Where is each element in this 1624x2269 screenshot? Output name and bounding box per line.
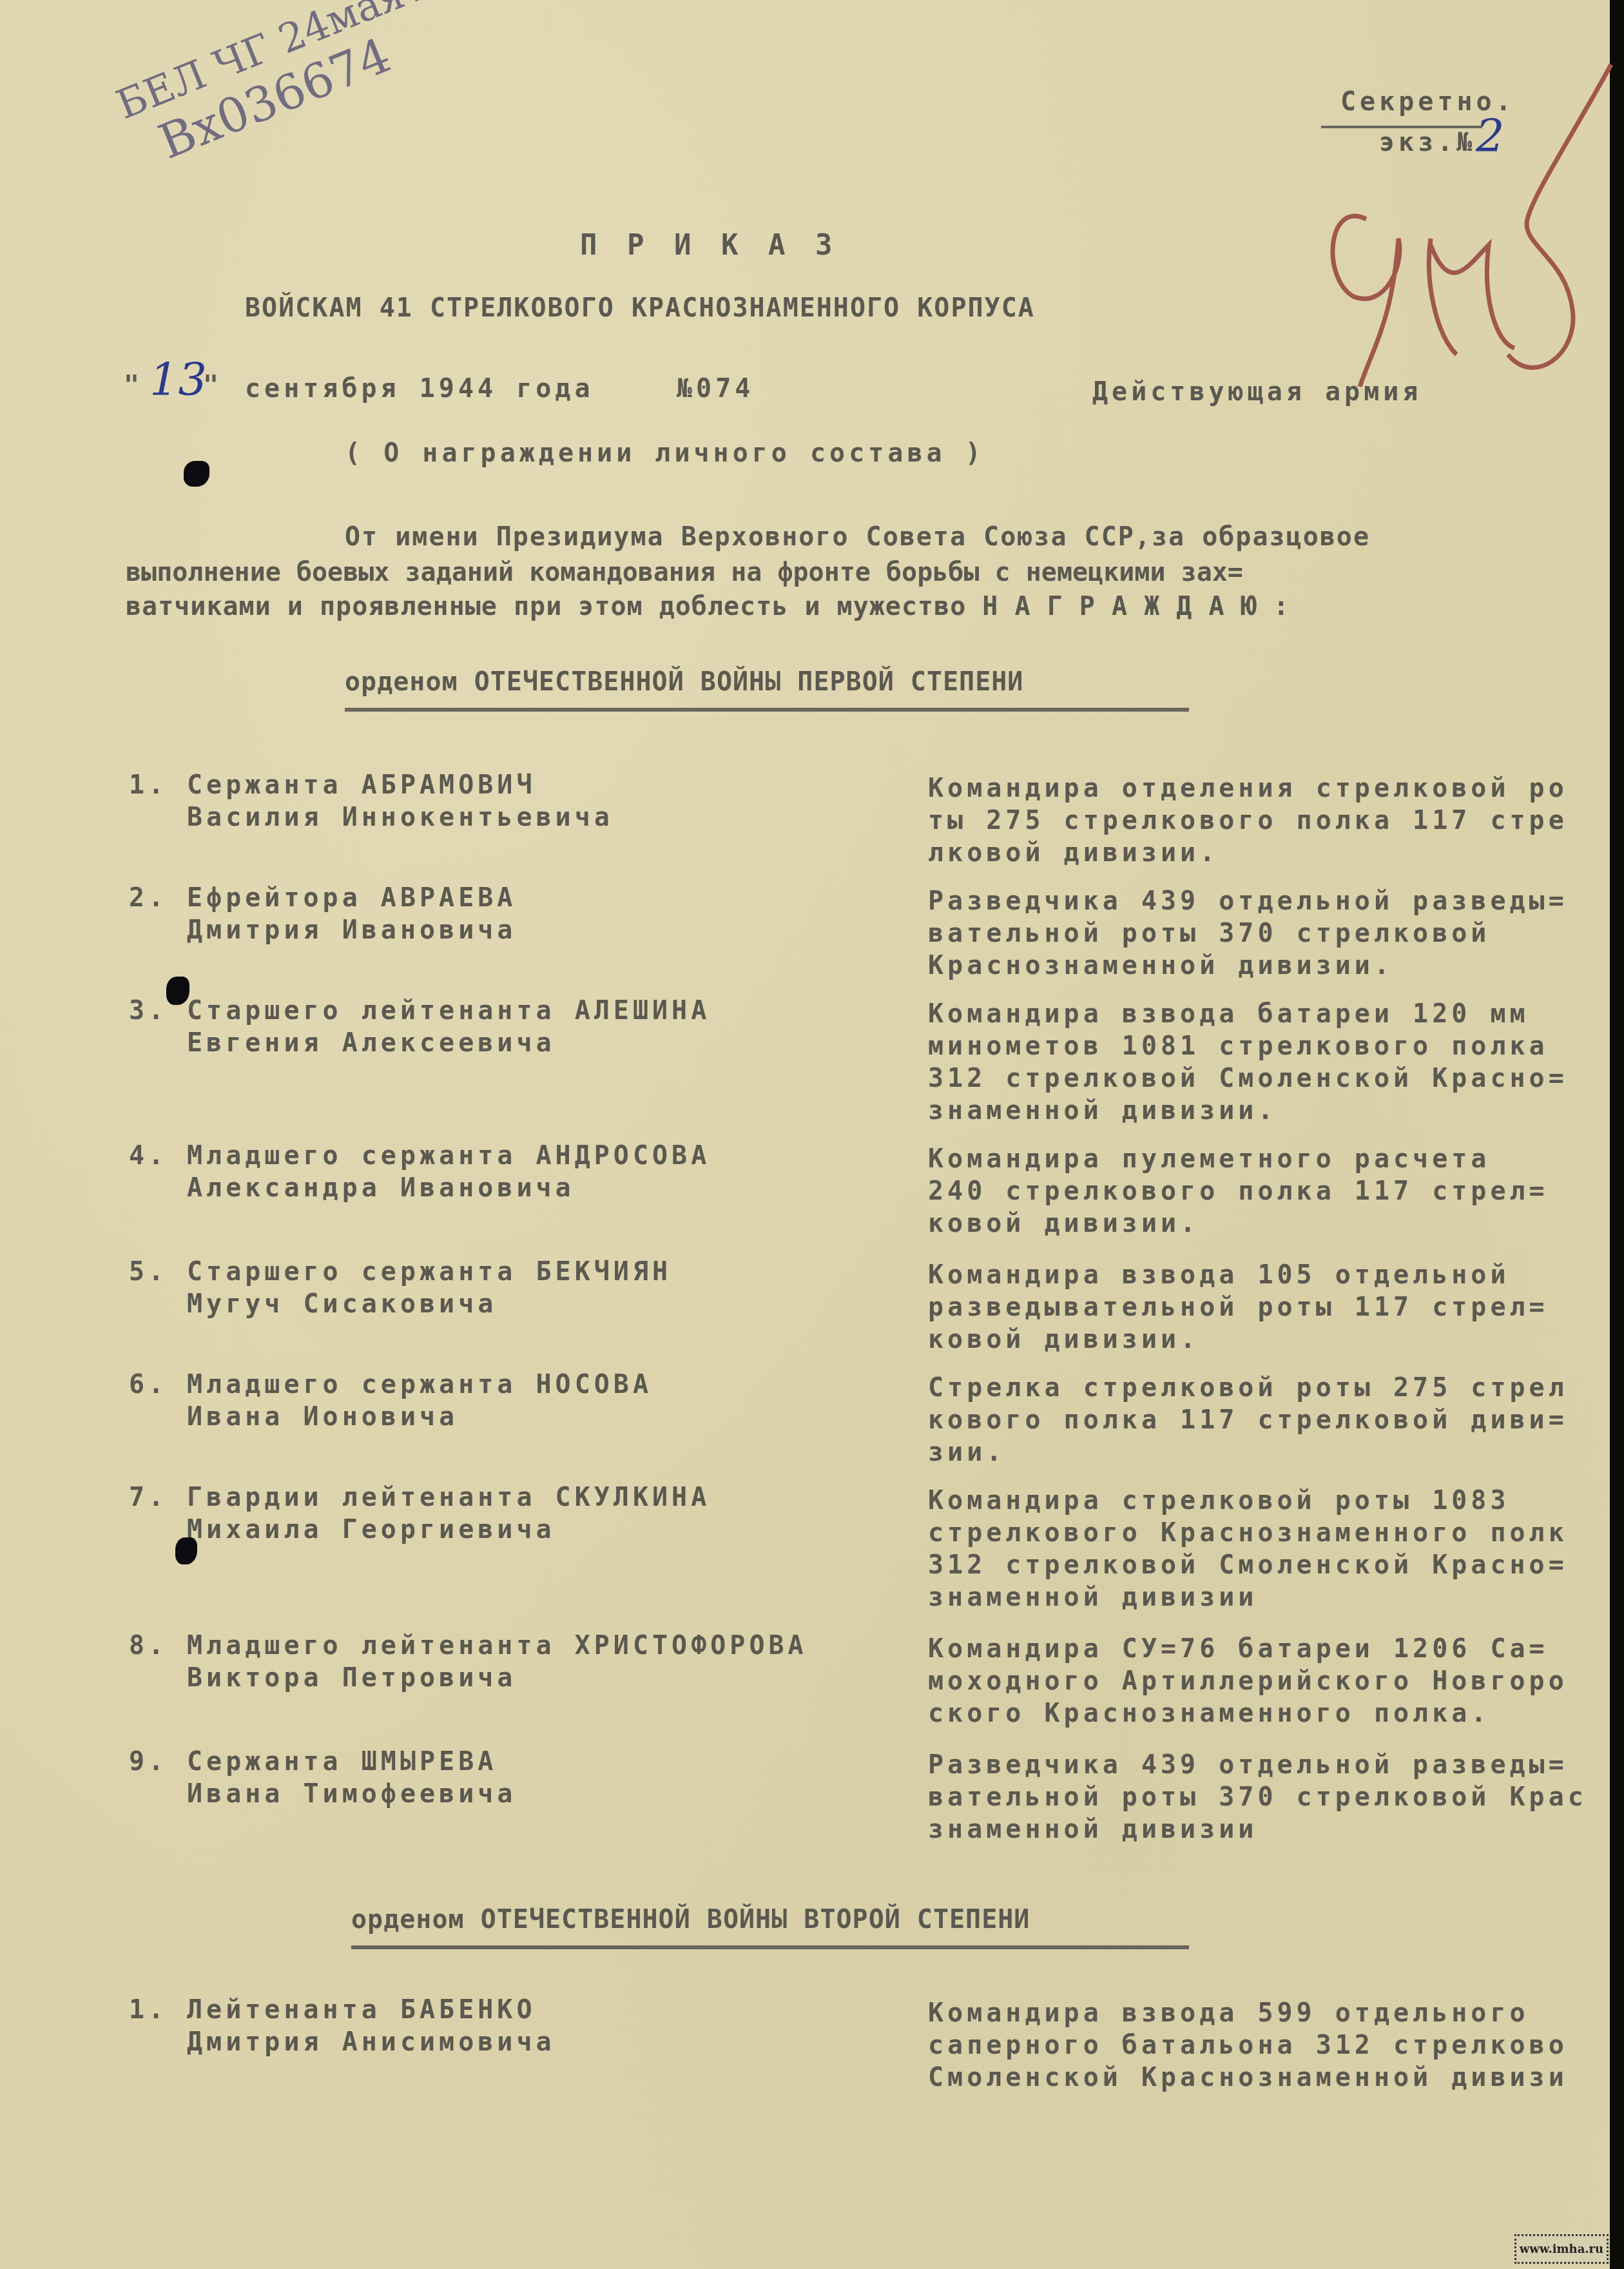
entry-desc-line: 240 стрелкового полка 117 стрел= <box>928 1173 1549 1209</box>
entry-desc-line: стрелкового Краснознаменного полк <box>928 1515 1568 1551</box>
entry-rank-surname: Гвардии лейтенанта СКУЛКИНА <box>187 1483 710 1512</box>
entry-desc-line: ковой дивизии. <box>928 1205 1199 1242</box>
entry-number: 8. <box>129 1631 168 1660</box>
entry-desc-line: знаменной дивизии. <box>928 1093 1277 1129</box>
entry-given-name: Виктора Петровича <box>187 1663 516 1693</box>
entry-rank-surname: Ефрейтора АВРАЕВА <box>187 883 516 913</box>
entry-given-name: Мугуч Сисаковича <box>187 1289 497 1319</box>
entry-rank-surname: Младшего сержанта АНДРОСОВА <box>187 1141 710 1171</box>
entry-given-name: Александра Ивановича <box>187 1173 575 1203</box>
entry-desc-line: ты 275 стрелкового полка 117 стре <box>928 803 1568 839</box>
entry-given-name: Дмитрия Анисимовича <box>187 2027 556 2057</box>
entry-desc-line: минометов 1081 стрелкового полка <box>928 1028 1549 1064</box>
entry-rank-surname: Старшего лейтенанта АЛЕШИНА <box>187 996 710 1026</box>
entry-desc-line: Стрелка стрелковой роты 275 стрел <box>928 1370 1568 1406</box>
punch-hole <box>175 1537 197 1564</box>
entry-given-name: Ивана Ионовича <box>187 1402 458 1432</box>
entry-rank-surname: Лейтенанта БАБЕНКО <box>187 1995 536 2025</box>
order-title: П Р И К А З <box>580 229 838 262</box>
punch-hole <box>166 977 189 1005</box>
entry-given-name: Василия Иннокентьевича <box>187 803 614 832</box>
section-heading-second-degree: орденом ОТЕЧЕСТВЕННОЙ ВОЙНЫ ВТОРОЙ СТЕПЕ… <box>351 1905 1030 1934</box>
entry-desc-line: Командира взвода батареи 120 мм <box>928 996 1529 1032</box>
order-date: сентября 1944 года <box>245 374 594 404</box>
entry-desc-line: вательной роты 370 стрелковой <box>928 915 1490 951</box>
entry-desc-line: Разведчика 439 отдельной разведы= <box>928 1747 1568 1783</box>
preamble-line-2: выполнение боевых заданий командования н… <box>126 558 1243 587</box>
entry-number: 1. <box>129 770 168 800</box>
entry-desc-line: знаменной дивизии <box>928 1811 1257 1847</box>
entry-desc-line: Командира взвода 105 отдельной <box>928 1257 1509 1293</box>
watermark-link[interactable]: www.imha.ru <box>1514 2234 1609 2264</box>
entry-number: 4. <box>129 1141 168 1171</box>
entry-number: 1. <box>129 1995 168 2025</box>
entry-rank-surname: Сержанта ШМЫРЕВА <box>187 1747 497 1777</box>
entry-desc-line: 312 стрелковой Смоленской Красно= <box>928 1547 1568 1583</box>
entry-desc-line: Смоленской Краснознаменной дивизи <box>928 2060 1568 2096</box>
entry-desc-line: Командира СУ=76 батареи 1206 Са= <box>928 1631 1549 1667</box>
entry-desc-line: лковой дивизии. <box>928 835 1219 871</box>
preamble-line-1: От имени Президиума Верховного Совета Со… <box>345 522 1370 552</box>
order-subject: ( О награждении личного состава ) <box>345 438 985 468</box>
entry-desc-line: кового полка 117 стрелковой диви= <box>928 1402 1568 1438</box>
date-day: 13 <box>150 353 207 406</box>
entry-number: 5. <box>129 1257 168 1287</box>
entry-number: 2. <box>129 883 168 913</box>
entry-desc-line: 312 стрелковой Смоленской Красно= <box>928 1060 1568 1096</box>
entry-desc-line: Командира стрелковой роты 1083 <box>928 1483 1509 1519</box>
punch-hole <box>184 461 209 487</box>
entry-number: 7. <box>129 1483 168 1512</box>
red-pencil-mark <box>1263 52 1624 387</box>
entry-desc-line: Командира отделения стрелковой ро <box>928 770 1568 806</box>
entry-number: 6. <box>129 1370 168 1399</box>
section-heading-first-degree: орденом ОТЕЧЕСТВЕННОЙ ВОЙНЫ ПЕРВОЙ СТЕПЕ… <box>345 667 1023 697</box>
date-quote-open: " <box>124 371 143 400</box>
entry-desc-line: разведывательной роты 117 стрел= <box>928 1289 1549 1325</box>
entry-rank-surname: Старшего сержанта БЕКЧИЯН <box>187 1257 672 1287</box>
entry-rank-surname: Младшего лейтенанта ХРИСТОФОРОВА <box>187 1631 807 1660</box>
entry-given-name: Евгения Алексеевича <box>187 1028 556 1058</box>
order-location: Действующая армия <box>1092 377 1422 407</box>
entry-desc-line: саперного батальона 312 стрелково <box>928 2027 1568 2063</box>
entry-given-name: Михаила Георгиевича <box>187 1515 556 1544</box>
order-subtitle: ВОЙСКАМ 41 СТРЕЛКОВОГО КРАСНОЗНАМЕННОГО … <box>245 293 1035 323</box>
entry-desc-line: моходного Артиллерийского Новгоро <box>928 1663 1568 1699</box>
entry-desc-line: вательной роты 370 стрелковой Крас <box>928 1779 1587 1815</box>
entry-desc-line: Командира взвода 599 отдельного <box>928 1995 1529 2031</box>
date-quote-close: " <box>203 371 222 400</box>
section-heading-underline <box>351 1945 1189 1949</box>
preamble-line-3: ватчиками и проявленные при этом доблест… <box>126 592 1290 621</box>
entry-given-name: Дмитрия Ивановича <box>187 915 516 945</box>
section-heading-underline <box>345 708 1189 712</box>
entry-number: 9. <box>129 1747 168 1777</box>
entry-rank-surname: Младшего сержанта НОСОВА <box>187 1370 652 1399</box>
order-number: №074 <box>677 374 754 404</box>
entry-desc-line: знаменной дивизии <box>928 1579 1257 1615</box>
entry-given-name: Ивана Тимофеевича <box>187 1779 516 1809</box>
entry-desc-line: Командира пулеметного расчета <box>928 1141 1490 1177</box>
entry-desc-line: Разведчика 439 отдельной разведы= <box>928 883 1568 919</box>
entry-desc-line: Краснознаменной дивизии. <box>928 948 1393 984</box>
entry-desc-line: ского Краснознаменного полка. <box>928 1695 1490 1731</box>
entry-desc-line: зии. <box>928 1434 1005 1470</box>
entry-rank-surname: Сержанта АБРАМОВИЧ <box>187 770 536 800</box>
entry-desc-line: ковой дивизии. <box>928 1321 1199 1358</box>
entry-number: 3. <box>129 996 168 1026</box>
